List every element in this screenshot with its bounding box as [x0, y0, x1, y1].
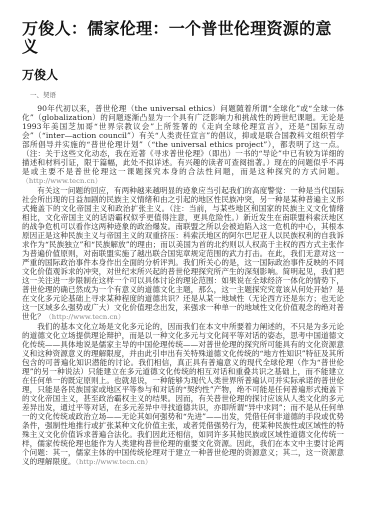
source-link[interactable]: （http://www.tecn.cn）: [22, 177, 102, 185]
paragraph-text: 有关这一问题的回应，有两种越来越明显的迹象应当引起我们的高度警觉：一种是当代国际…: [22, 186, 344, 321]
paragraph-text: 90年代初以来，普世伦理（the universal ethics）问题随着所谓…: [22, 104, 344, 176]
paragraph-1: 90年代初以来，普世伦理（the universal ethics）问题随着所谓…: [22, 104, 344, 186]
document-page: 万俊人：儒家伦理：一个普世伦理资源的意义 万俊人 一、契语 90年代初以来，普世…: [22, 0, 344, 467]
paragraph-2: 有关这一问题的回应，有两种越来越明显的迹象应当引起我们的高度警觉：一种是当代国际…: [22, 186, 344, 322]
article-title: 万俊人：儒家伦理：一个普世伦理资源的意义: [22, 20, 344, 56]
source-link[interactable]: （http://www.tecn.cn）: [45, 313, 125, 321]
paragraph-3: 我们的基本文化立场是文化多元论的，因而我们在本文中所要着力阐述的，不只是为多元论…: [22, 322, 344, 467]
paragraph-text: 我们的基本文化立场是文化多元论的，因而我们在本文中所要着力阐述的，不只是为多元论…: [22, 322, 344, 466]
section-heading: 一、契语: [30, 91, 344, 99]
article-body: 90年代初以来，普世伦理（the universal ethics）问题随着所谓…: [22, 104, 344, 467]
source-link[interactable]: （http://www.tecn.cn）: [76, 458, 152, 466]
author-name: 万俊人: [22, 68, 344, 82]
